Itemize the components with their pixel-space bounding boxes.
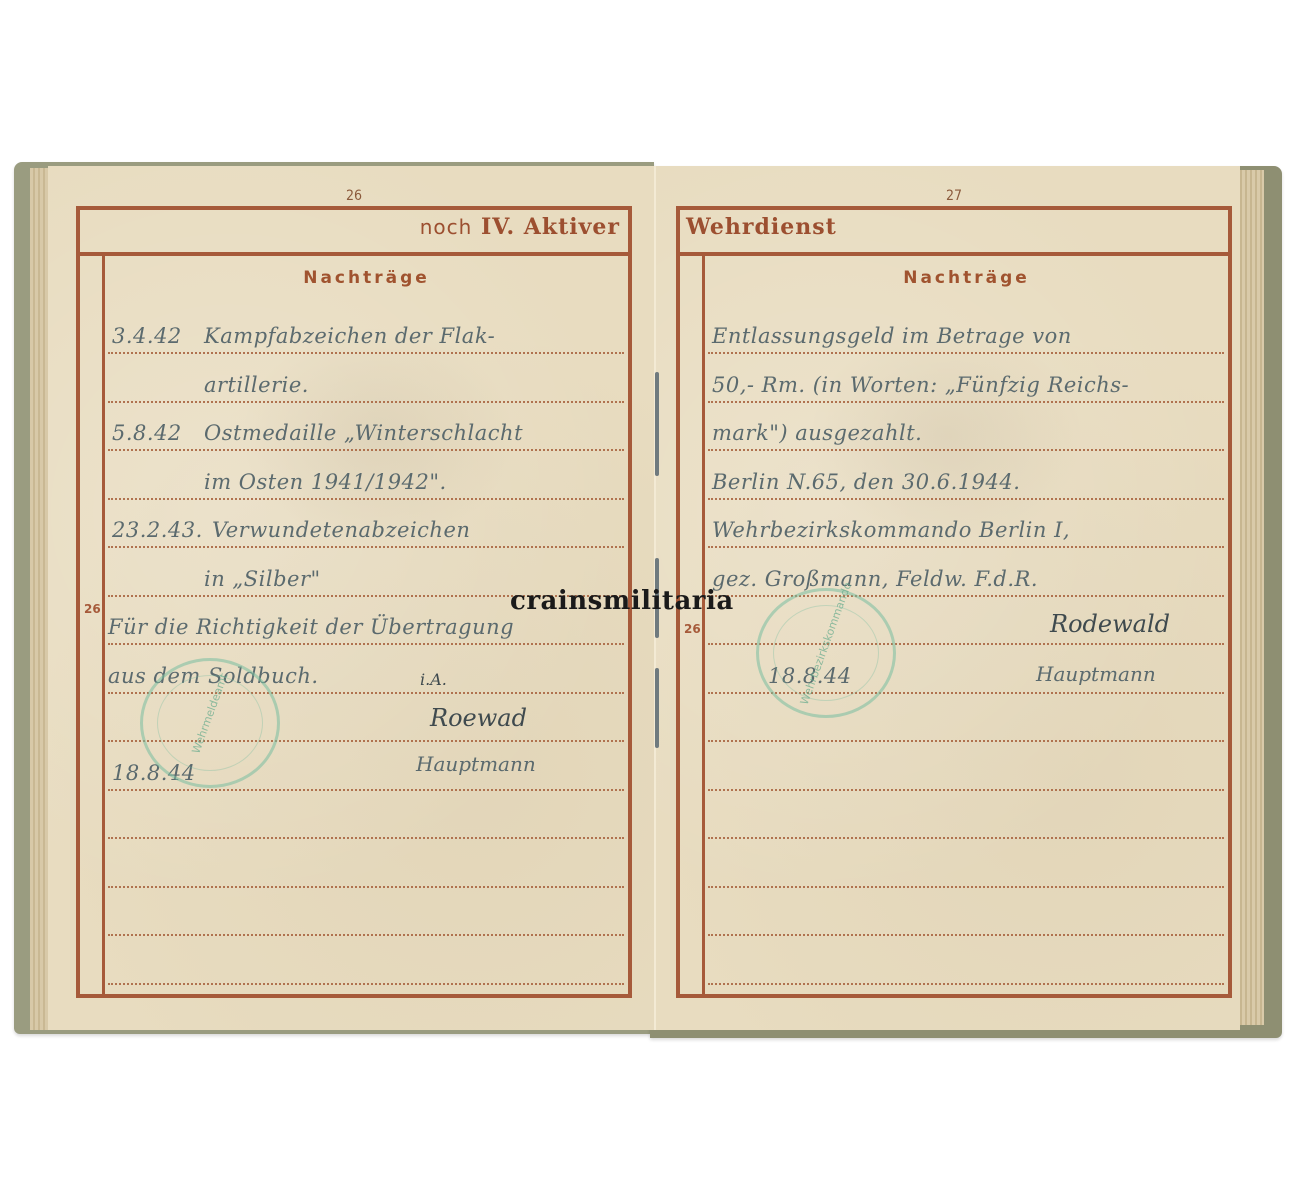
entry-row: 3.4.42Kampfabzeichen der Flak- (108, 306, 624, 354)
entry-text: im Osten 1941/1942". (204, 470, 447, 494)
entry-row: gez. Großmann, Feldw. F.d.R. (708, 549, 1224, 597)
entry-text: Für die Richtigkeit der Übertragung (108, 615, 514, 639)
official-stamp: Wehrmeldeamt (140, 658, 280, 788)
binding-stitch (655, 372, 659, 476)
entry-row: Entlassungsgeld im Betrage von (708, 306, 1224, 354)
signature-name: Roewad (430, 704, 527, 732)
entry-text: artillerie. (204, 373, 309, 397)
entry-row: 5.8.42Ostmedaille „Winterschlacht (108, 403, 624, 451)
entry-text: Ostmedaille „Winterschlacht (204, 421, 523, 445)
entry-text: mark") ausgezahlt. (712, 421, 922, 445)
entry-row (708, 888, 1224, 936)
entry-text: Berlin N.65, den 30.6.1944. (712, 470, 1020, 494)
section-title: Nachträge (80, 268, 628, 288)
entry-row (708, 840, 1224, 888)
entry-text: gez. Großmann, Feldw. F.d.R. (712, 567, 1038, 591)
entry-text: in „Silber" (204, 567, 321, 591)
entry-row: 23.2.43.Verwundetenabzeichen (108, 500, 624, 548)
entry-row: artillerie. (108, 355, 624, 403)
header-prefix: noch (420, 215, 473, 239)
official-stamp: Wehrbezirkskommando (756, 588, 896, 718)
entry-date: 23.2.43. (112, 518, 203, 542)
entry-text: Entlassungsgeld im Betrage von (712, 324, 1072, 348)
page-header: noch IV. Aktiver (420, 214, 620, 240)
signature-rank: Hauptmann (416, 752, 536, 776)
margin-column (80, 252, 105, 994)
watermark-text: crainsmilitaria (510, 586, 734, 616)
entry-text: Wehrbezirkskommando Berlin I, (712, 518, 1070, 542)
entry-date: 5.8.42 (112, 421, 182, 445)
entry-text: Kampfabzeichen der Flak- (204, 324, 495, 348)
stamp-text: Wehrbezirkskommando (797, 578, 855, 708)
entry-row (108, 840, 624, 888)
entry-row: Wehrbezirkskommando Berlin I, (708, 500, 1224, 548)
page-header: Wehrdienst (686, 214, 837, 240)
entry-row (708, 791, 1224, 839)
section-title: Nachträge (680, 268, 1228, 288)
entry-row: mark") ausgezahlt. (708, 403, 1224, 451)
entry-row (708, 743, 1224, 791)
header-title: IV. Aktiver (481, 214, 620, 240)
page-number: 27 (946, 188, 962, 204)
signature-prefix: i.A. (420, 670, 447, 689)
entry-row: 50,- Rm. (in Worten: „Fünfzig Reichs- (708, 355, 1224, 403)
page-number: 26 (346, 188, 362, 204)
binding-stitch (655, 668, 659, 748)
entry-row (108, 791, 624, 839)
entry-row (108, 937, 624, 985)
entry-date: 3.4.42 (112, 324, 182, 348)
entry-row (108, 888, 624, 936)
margin-number: 26 (684, 622, 701, 636)
margin-number: 26 (84, 602, 101, 616)
header-band: noch IV. Aktiver (80, 210, 628, 256)
entry-row: im Osten 1941/1942". (108, 452, 624, 500)
entry-text: 50,- Rm. (in Worten: „Fünfzig Reichs- (712, 373, 1129, 397)
entry-row (708, 937, 1224, 985)
entry-text: Verwundetenabzeichen (212, 518, 470, 542)
entry-row: Berlin N.65, den 30.6.1944. (708, 452, 1224, 500)
right-page: 27 Wehrdienst Nachträge 26 Entlassungsge… (656, 166, 1240, 1030)
stamp-text: Wehrmeldeamt (181, 648, 239, 778)
signature-rank: Hauptmann (1036, 662, 1156, 686)
header-band: Wehrdienst (680, 210, 1228, 256)
signature-name: Rodewald (1050, 610, 1170, 638)
header-title: Wehrdienst (686, 214, 837, 240)
form-frame: Wehrdienst Nachträge 26 Entlassungsgeld … (676, 206, 1232, 998)
